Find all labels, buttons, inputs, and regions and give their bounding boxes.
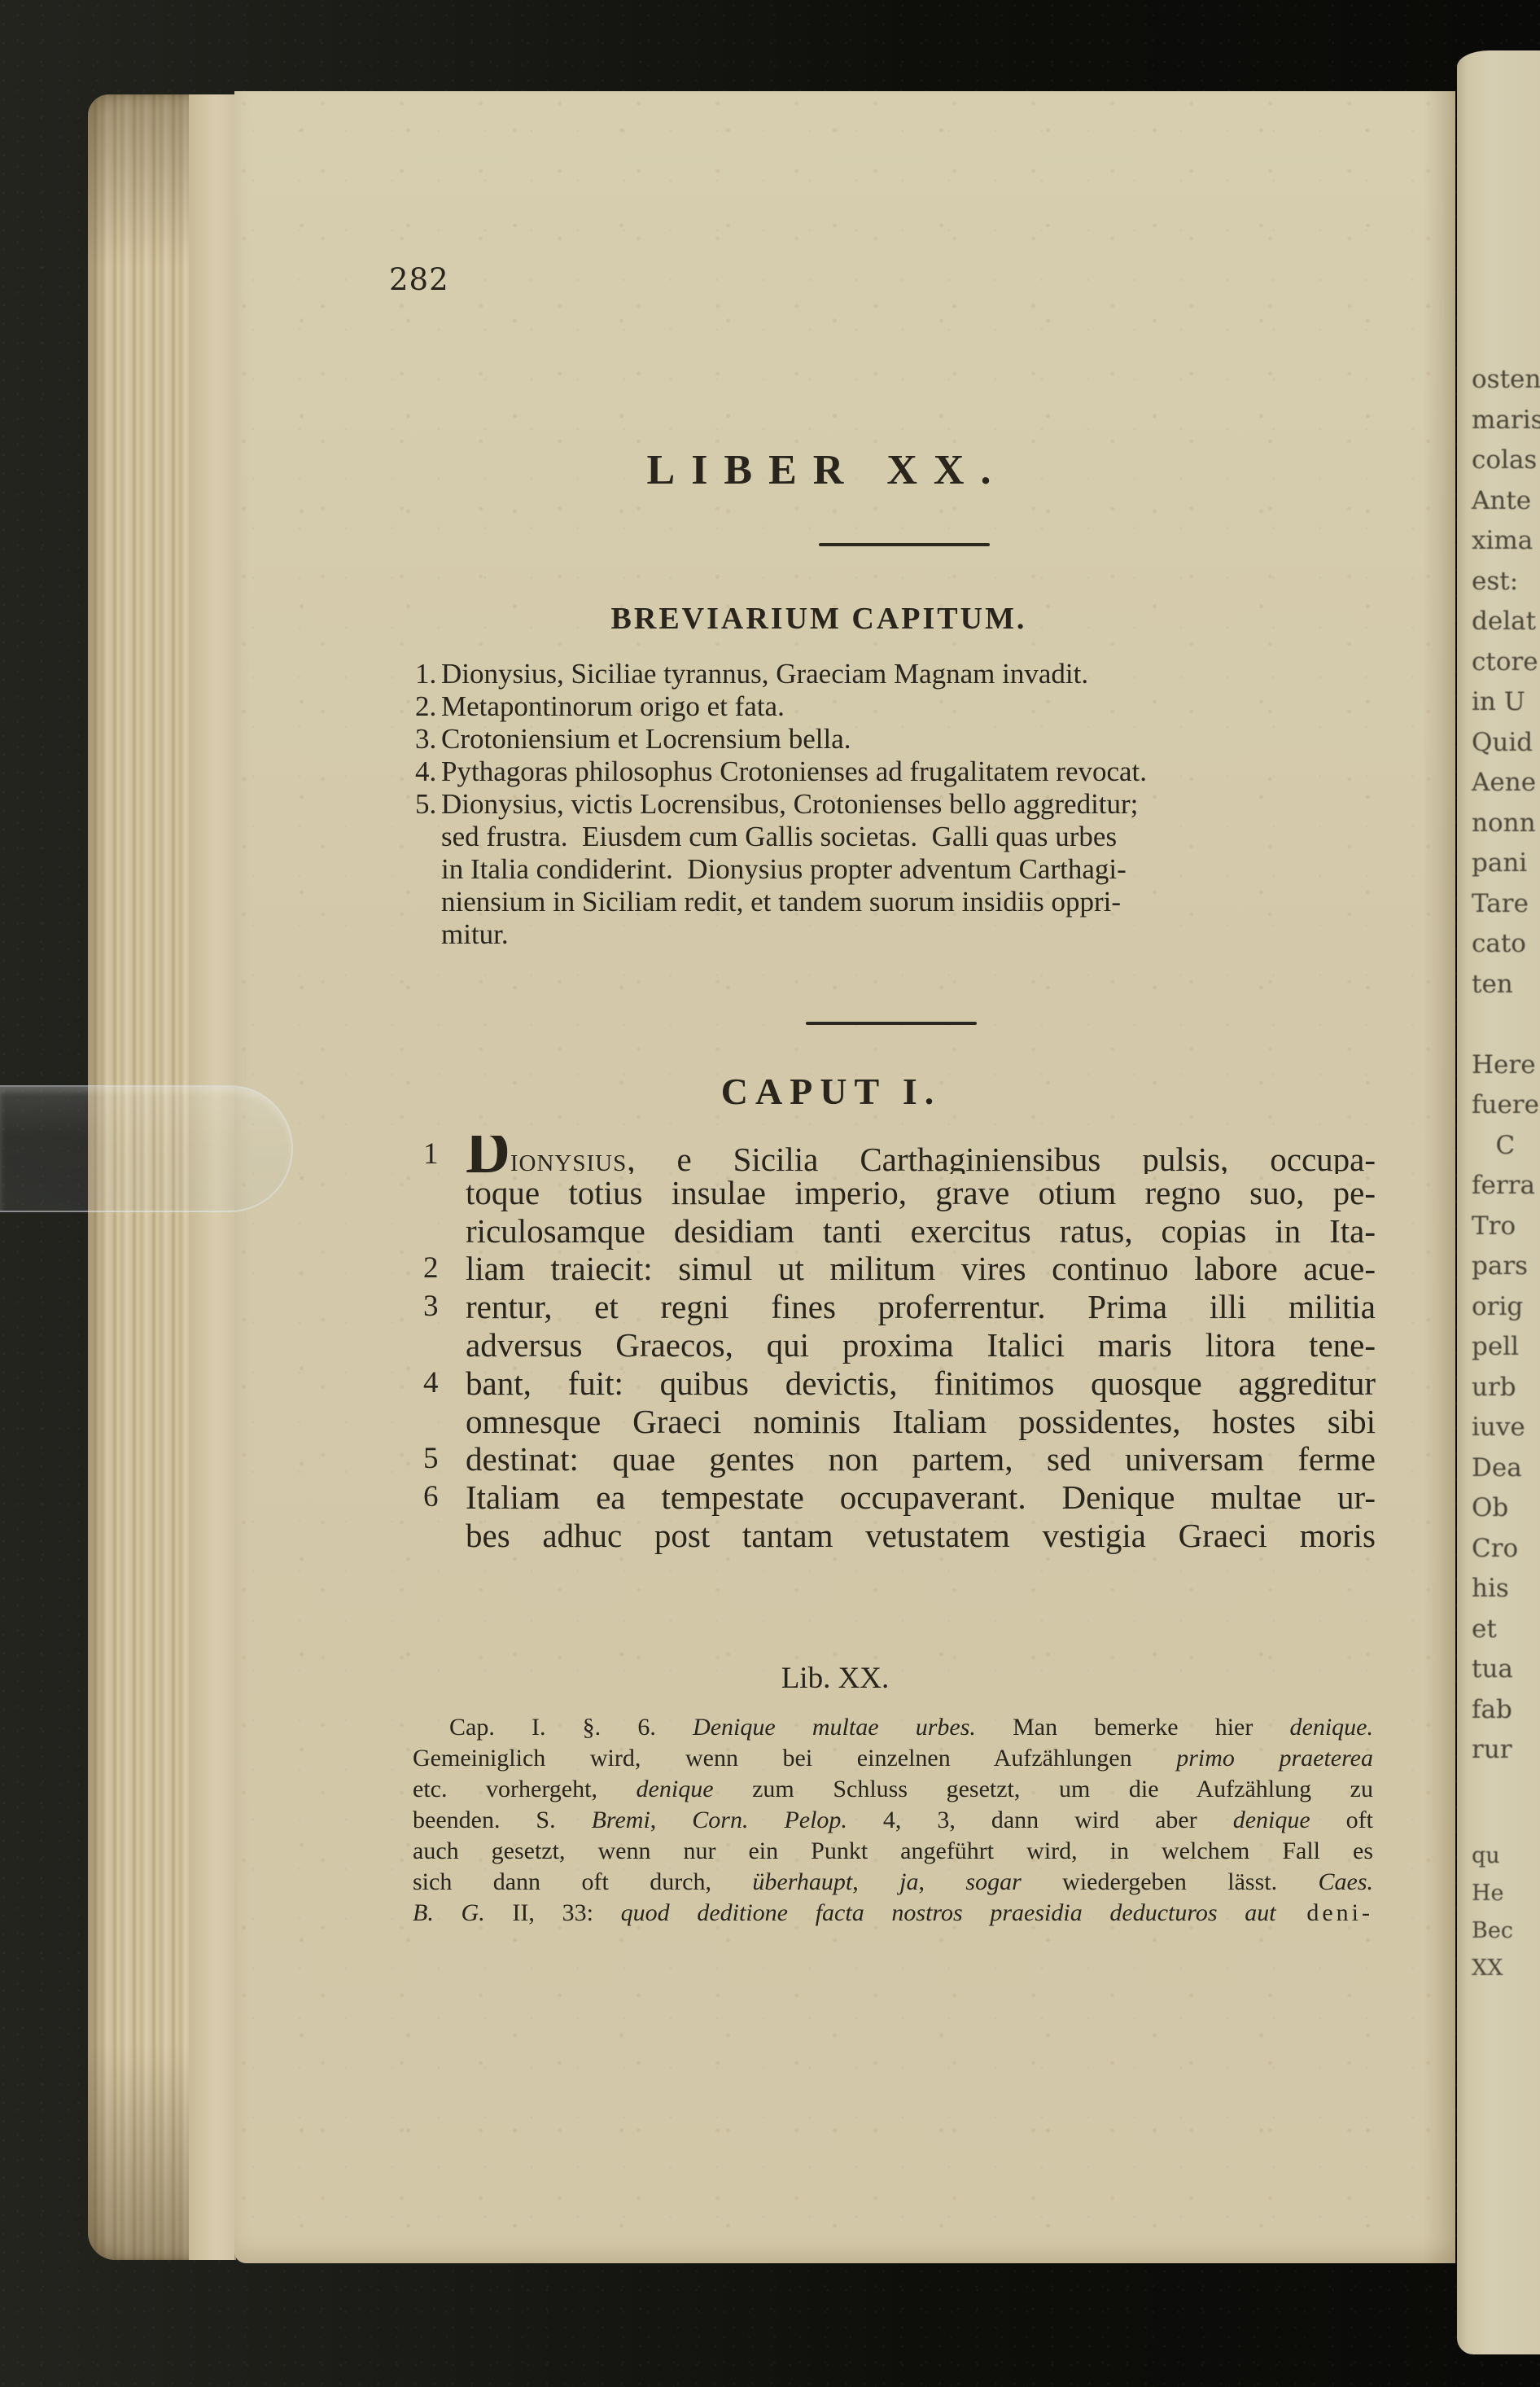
section-number: 3 (423, 1288, 466, 1326)
line-text: Dionysius, e Sicilia Carthaginiensibus p… (466, 1136, 1376, 1174)
fragment-line: Aene (1472, 763, 1540, 804)
fragment-line: ctore (1472, 642, 1540, 683)
summary-item-number: 2. (415, 690, 441, 723)
text-line: 3rentur, et regni fines proferrentur. Pr… (423, 1288, 1376, 1326)
fragment-line: ferra (1472, 1166, 1540, 1207)
summary-item-continuation: sed frustra. Eiusdem cum Gallis societas… (415, 821, 1363, 853)
fragment-line: Quid (1472, 723, 1540, 764)
text-line: omnesque Graeci nominis Italiam possiden… (423, 1403, 1376, 1441)
summary-item: 3.Crotoniensium et Locrensium bella. (415, 723, 1363, 756)
line-text: bes adhuc post tantam vetustatem vestigi… (466, 1517, 1376, 1555)
fragment-line: maris (1472, 401, 1540, 441)
section-number (423, 1326, 466, 1364)
fragment-line: urb (1472, 1368, 1540, 1408)
fragment-line: nonn (1472, 804, 1540, 844)
summary-item-number: 3. (415, 723, 441, 756)
chapter-summary-list: 1.Dionysius, Siciliae tyrannus, Graeciam… (415, 658, 1363, 951)
fragment-line: osten (1472, 360, 1540, 401)
fragment-line: Dea (1472, 1448, 1540, 1489)
summary-item: 1.Dionysius, Siciliae tyrannus, Graeciam… (415, 658, 1363, 690)
text-line: 6Italiam ea tempestate occupaverant. Den… (423, 1478, 1376, 1517)
note-line: Gemeiniglich wird, wenn bei einzelnen Au… (413, 1743, 1373, 1774)
summary-item-continuation: niensium in Siciliam redit, et tandem su… (415, 886, 1363, 918)
plastic-page-clip (0, 1085, 293, 1212)
section-number: 2 (423, 1250, 466, 1288)
chapter-body-text: 1Dionysius, e Sicilia Carthaginiensibus … (423, 1136, 1376, 1555)
text-line: 4bant, fuit: quibus devictis, finitimos … (423, 1364, 1376, 1403)
fragment-line: qu (1472, 1837, 1513, 1875)
fragment-line: Cro (1472, 1529, 1540, 1570)
text-line: riculosamque desidiam tanti exercitus ra… (423, 1212, 1376, 1250)
section-number (423, 1403, 466, 1441)
summary-item-text: Metapontinorum origo et fata. (441, 690, 1363, 723)
text-line: 2liam traiecit: simul ut militum vires c… (423, 1250, 1376, 1288)
fragment-line: est: (1472, 562, 1540, 602)
line-text: riculosamque desidiam tanti exercitus ra… (466, 1212, 1376, 1250)
note-line: B. G. II, 33: quod deditione facta nostr… (413, 1898, 1373, 1929)
text-line: toque totius insulae imperio, grave otiu… (423, 1174, 1376, 1212)
summary-item-text: Crotoniensium et Locrensium bella. (441, 723, 1363, 756)
section-number: 5 (423, 1440, 466, 1478)
fragment-line: ten (1472, 965, 1540, 1005)
summary-item-number: 4. (415, 756, 441, 788)
fragment-line: pars (1472, 1246, 1540, 1287)
note-line: beenden. S. Bremi, Corn. Pelop. 4, 3, da… (413, 1805, 1373, 1836)
footnotes-commentary: Cap. I. §. 6. Denique multae urbes. Man … (413, 1712, 1373, 1929)
text-line: adversus Graecos, qui proxima Italici ma… (423, 1326, 1376, 1364)
line-text: liam traiecit: simul ut militum vires co… (466, 1250, 1376, 1288)
fragment-line: XX (1472, 1950, 1513, 1987)
note-line: Cap. I. §. 6. Denique multae urbes. Man … (413, 1712, 1373, 1743)
summary-item-text: Pythagoras philosophus Crotonienses ad f… (441, 756, 1363, 788)
next-page-note-fragment: quHeBecXX (1472, 1837, 1513, 1987)
line-text: bant, fuit: quibus devictis, finitimos q… (466, 1364, 1376, 1403)
section-number (423, 1174, 466, 1212)
divider-rule (819, 543, 990, 546)
summary-item-number: 1. (415, 658, 441, 690)
divider-rule (806, 1022, 977, 1025)
note-line: auch gesetzt, wenn nur ein Punkt angefüh… (413, 1836, 1373, 1867)
summary-item: 2.Metapontinorum origo et fata. (415, 690, 1363, 723)
fragment-line (1472, 1005, 1540, 1045)
summary-item-continuation: mitur. (415, 918, 1363, 951)
section-number: 6 (423, 1478, 466, 1517)
text-line: bes adhuc post tantam vetustatem vestigi… (423, 1517, 1376, 1555)
fragment-line: xima (1472, 521, 1540, 562)
summary-item: 5.Dionysius, victis Locrensibus, Crotoni… (415, 788, 1363, 821)
fragment-line: Bec (1472, 1912, 1513, 1950)
fragment-line: rur (1472, 1730, 1540, 1771)
text-line: 1Dionysius, e Sicilia Carthaginiensibus … (423, 1136, 1376, 1174)
line-text: rentur, et regni fines proferrentur. Pri… (466, 1288, 1376, 1326)
summary-item-text: Dionysius, victis Locrensibus, Crotonien… (441, 788, 1363, 821)
section-number: 4 (423, 1364, 466, 1403)
fragment-line: his (1472, 1569, 1540, 1610)
fragment-line: in U (1472, 682, 1540, 723)
fragment-line: pell (1472, 1327, 1540, 1368)
page-number: 282 (389, 262, 449, 297)
line-text: destinat: quae gentes non partem, sed un… (466, 1440, 1376, 1478)
summary-item-number: 5. (415, 788, 441, 821)
fragment-line: Tro (1472, 1207, 1540, 1247)
page-shadow (1423, 91, 1455, 2263)
note-line: etc. vorhergeht, denique zum Schluss ges… (413, 1774, 1373, 1805)
summary-item-continuation: in Italia condiderint. Dionysius propter… (415, 853, 1363, 886)
drop-cap: D (466, 1136, 510, 1174)
summary-title: BREVIARIUM CAPITUM. (0, 601, 1540, 637)
summary-item-text: Dionysius, Siciliae tyrannus, Graeciam M… (441, 658, 1363, 690)
line-text: toque totius insulae imperio, grave otiu… (466, 1174, 1376, 1212)
section-number (423, 1212, 466, 1250)
fragment-line: iuve (1472, 1408, 1540, 1448)
text-line: 5destinat: quae gentes non partem, sed u… (423, 1440, 1376, 1478)
fragment-line: et (1472, 1610, 1540, 1650)
notes-title: Lib. XX. (0, 1661, 1540, 1696)
note-line: sich dann oft durch, überhaupt, ja, soga… (413, 1867, 1373, 1898)
fragment-line: He (1472, 1875, 1513, 1912)
line-text: adversus Graecos, qui proxima Italici ma… (466, 1326, 1376, 1364)
fragment-line: pani (1472, 843, 1540, 884)
book-title: LIBER XX. (0, 446, 1540, 494)
fragment-line: cato (1472, 924, 1540, 965)
fragment-line: orig (1472, 1287, 1540, 1328)
next-page-text-fragment: ostenmariscolasAnteximaest:delatctorein … (1472, 360, 1540, 1771)
line-text: Italiam ea tempestate occupaverant. Deni… (466, 1478, 1376, 1517)
summary-item: 4.Pythagoras philosophus Crotonienses ad… (415, 756, 1363, 788)
section-number: 1 (423, 1136, 466, 1174)
section-number (423, 1517, 466, 1555)
line-text: omnesque Graeci nominis Italiam possiden… (466, 1403, 1376, 1441)
fragment-line: Tare (1472, 884, 1540, 925)
fragment-line: C (1472, 1126, 1540, 1167)
fragment-line: Ob (1472, 1488, 1540, 1529)
next-page-edge: ostenmariscolasAnteximaest:delatctorein … (1457, 50, 1540, 2354)
